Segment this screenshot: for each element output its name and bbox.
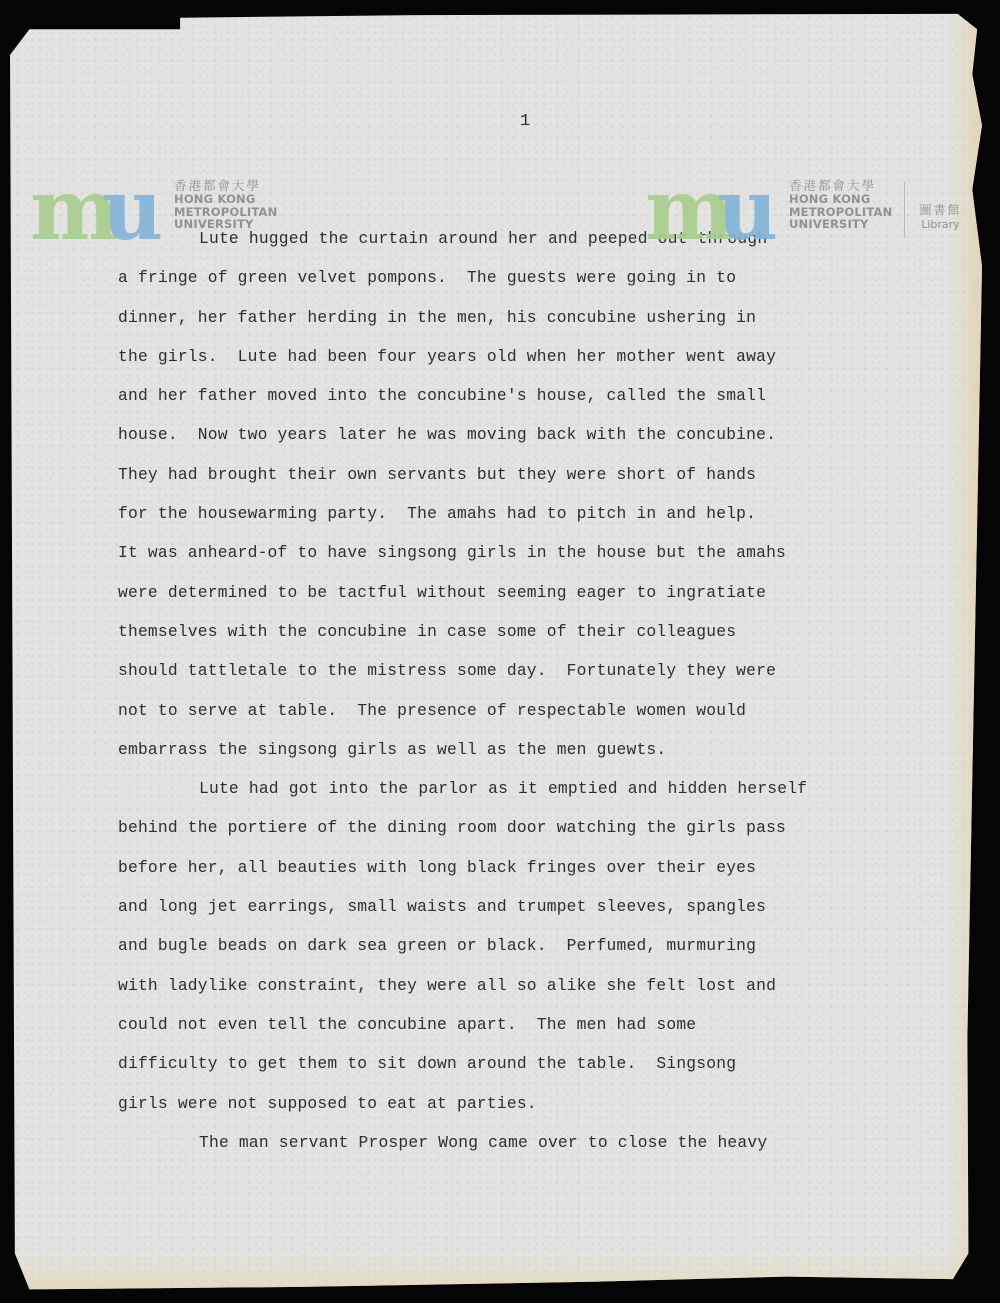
university-name: 香港都會大學 HONG KONG METROPOLITAN UNIVERSITY [174, 178, 277, 231]
text-line: themselves with the concubine in case so… [118, 619, 938, 658]
text-line: The man servant Prosper Wong came over t… [118, 1130, 938, 1169]
logo-letter-m: m [645, 168, 724, 252]
text-line: and long jet earrings, small waists and … [118, 894, 938, 933]
text-line: with ladylike constraint, they were all … [118, 973, 938, 1012]
text-line: difficulty to get them to sit down aroun… [118, 1051, 938, 1090]
text-line: and her father moved into the concubine'… [118, 383, 938, 422]
university-name-en-1: HONG KONG [174, 193, 277, 206]
text-line: a fringe of green velvet pompons. The gu… [118, 265, 938, 304]
text-line: girls were not supposed to eat at partie… [118, 1091, 938, 1130]
library-label: 圖書館 Library [919, 202, 961, 232]
text-line: dinner, her father herding in the men, h… [118, 305, 938, 344]
text-line: It was anheard-of to have singsong girls… [118, 540, 938, 579]
hkmu-logo-icon: m u [645, 176, 773, 236]
university-name-en-3: UNIVERSITY [174, 218, 277, 231]
text-line: not to serve at table. The presence of r… [118, 698, 938, 737]
page-number: 1 [520, 112, 530, 131]
text-line: before her, all beauties with long black… [118, 855, 938, 894]
hkmu-logo-icon: m u [30, 176, 158, 236]
text-line: and bugle beads on dark sea green or bla… [118, 933, 938, 972]
university-name-zh: 香港都會大學 [174, 178, 277, 193]
text-line: embarrass the singsong girls as well as … [118, 737, 938, 776]
text-line: behind the portiere of the dining room d… [118, 815, 938, 854]
text-line: They had brought their own servants but … [118, 462, 938, 501]
typewritten-body: Lute hugged the curtain around her and p… [118, 226, 938, 1169]
logo-letter-u: u [717, 168, 778, 252]
university-name-en-3: UNIVERSITY [789, 218, 892, 231]
folded-corner [11, 18, 73, 28]
text-line: were determined to be tactful without se… [118, 580, 938, 619]
library-label-zh: 圖書館 [919, 202, 961, 218]
watermark-hkmu-left: m u 香港都會大學 HONG KONG METROPOLITAN UNIVER… [30, 176, 277, 236]
university-name: 香港都會大學 HONG KONG METROPOLITAN UNIVERSITY [789, 178, 892, 231]
text-line: Lute had got into the parlor as it empti… [118, 776, 938, 815]
text-line: for the housewarming party. The amahs ha… [118, 501, 938, 540]
library-label-en: Library [919, 218, 961, 232]
text-line: should tattletale to the mistress some d… [118, 658, 938, 697]
aged-edge-bottom [10, 1252, 982, 1292]
watermark-divider [904, 182, 905, 238]
university-name-zh: 香港都會大學 [789, 178, 892, 193]
logo-letter-m: m [30, 168, 109, 252]
text-line: could not even tell the concubine apart.… [118, 1012, 938, 1051]
university-name-en-1: HONG KONG [789, 193, 892, 206]
text-line: house. Now two years later he was moving… [118, 422, 938, 461]
logo-letter-u: u [102, 168, 163, 252]
watermark-hkmu-library-right: m u 香港都會大學 HONG KONG METROPOLITAN UNIVER… [645, 176, 961, 238]
text-line: the girls. Lute had been four years old … [118, 344, 938, 383]
